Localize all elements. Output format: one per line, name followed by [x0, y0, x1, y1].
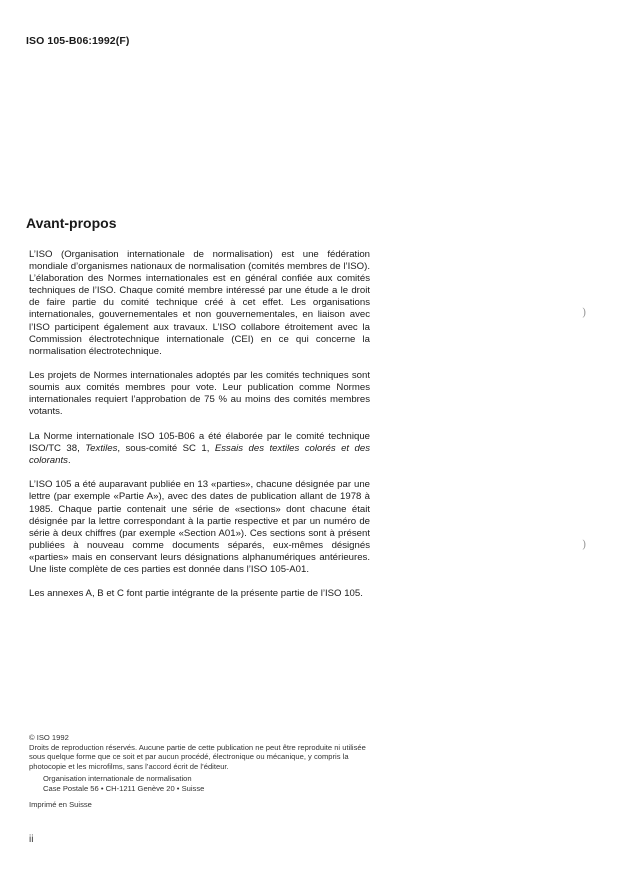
copyright-block: © ISO 1992 Droits de reproduction réserv… — [29, 733, 370, 809]
foreword-body: L’ISO (Organisation internationale de no… — [29, 249, 370, 613]
copyright-org: Organisation internationale de normalisa… — [29, 774, 370, 784]
copyright-rights: Droits de reproduction réservés. Aucune … — [29, 743, 370, 772]
copyright-printed: Imprimé en Suisse — [29, 800, 370, 810]
committee-name: Textiles — [85, 443, 117, 454]
margin-mark: ) — [582, 306, 586, 319]
section-title: Avant-propos — [26, 215, 116, 231]
paragraph-voting: Les projets de Normes internationales ad… — [29, 370, 370, 418]
committee-text-2: , sous-comité SC 1, — [117, 443, 214, 454]
document-id-header: ISO 105-B06:1992(F) — [26, 35, 129, 47]
paragraph-history: L’ISO 105 a été auparavant publiée en 13… — [29, 479, 370, 576]
page-number: ii — [29, 834, 33, 845]
copyright-address: Case Postale 56 • CH-1211 Genève 20 • Su… — [29, 784, 370, 794]
margin-mark: ) — [582, 538, 586, 551]
committee-text-3: . — [68, 455, 71, 466]
copyright-line: © ISO 1992 — [29, 733, 370, 743]
paragraph-committee: La Norme internationale ISO 105-B06 a ét… — [29, 431, 370, 467]
paragraph-annexes: Les annexes A, B et C font partie intégr… — [29, 588, 370, 600]
paragraph-iso-intro: L’ISO (Organisation internationale de no… — [29, 249, 370, 358]
